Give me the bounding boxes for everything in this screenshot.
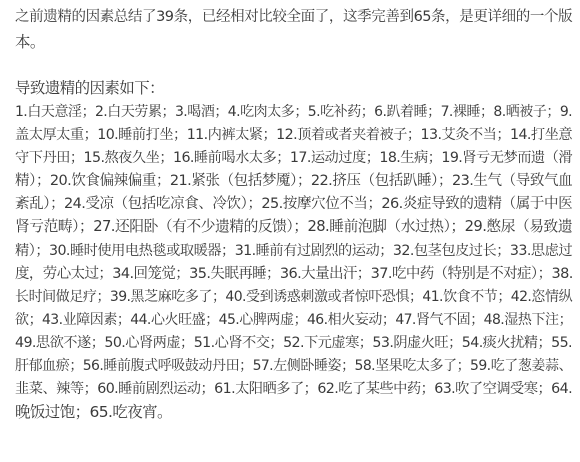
factor-line: 欲；43.业障因素；44.心火旺盛；45.心脾两虚；46.相火妄动；47.肾气不… [15, 309, 572, 331]
factor-line: 守下丹田；15.熬夜久坐；16.睡前喝水太多；17.运动过度；18.生病；19.… [15, 147, 572, 169]
factor-line: 度，劳心太过；34.回笼觉；35.失眠再睡；36.大量出汗；37.吃中药（特别是… [15, 263, 572, 285]
factor-line: 49.思欲不遂；50.心肾两虚；51.心肾不交；52.下元虚寒；53.阴虚火旺；… [15, 332, 572, 354]
factor-line: 肾亏范畴）；27.还阳卧（有不少遗精的反馈）；28.睡前泡脚（水过热）；29.憋… [15, 216, 572, 238]
factor-line: 晚饭过饱；65.吃夜宵。 [15, 401, 572, 423]
factor-line: 紊乱）；24.受凉（包括吃凉食、冷饮）；25.按摩穴位不当；26.炎症导致的遗精… [15, 193, 572, 215]
factor-line: 肝郁血瘀；56.睡前腹式呼吸鼓动丹田；57.左侧卧睡姿；58.坚果吃太多了；59… [15, 355, 572, 377]
factor-line: 长时间做足疗；39.黑芝麻吃多了；40.受到诱惑刺激或者惊吓恐惧；41.饮食不节… [15, 286, 572, 308]
factor-line: 精）；30.睡时使用电热毯或取暖器；31.睡前有过剧烈的运动；32.包茎包皮过长… [15, 240, 572, 262]
factor-line: 精）；20.饮食偏辣偏重；21.紧张（包括梦魇）；22.挤压（包括趴睡）；23.… [15, 170, 572, 192]
intro-line-2: 本。 [15, 31, 572, 53]
factor-line: 韭菜、辣等；60.睡前剧烈运动；61.太阳晒多了；62.吃了某些中药；63.吹了… [15, 378, 572, 400]
factor-line: 1.白天意淫；2.白天劳累；3.喝酒；4.吃肉太多；5.吃补药；6.趴着睡；7.… [15, 101, 572, 123]
intro-line-1: 之前遗精的因素总结了39条，已经相对比较全面了，这季完善到65条，是更详细的一个… [15, 6, 572, 28]
list-heading: 导致遗精的因素如下： [15, 77, 572, 99]
factor-line: 盖太厚太重；10.睡前打坐；11.内裤太紧；12.顶着或者夹着被子；13.艾灸不… [15, 124, 572, 146]
